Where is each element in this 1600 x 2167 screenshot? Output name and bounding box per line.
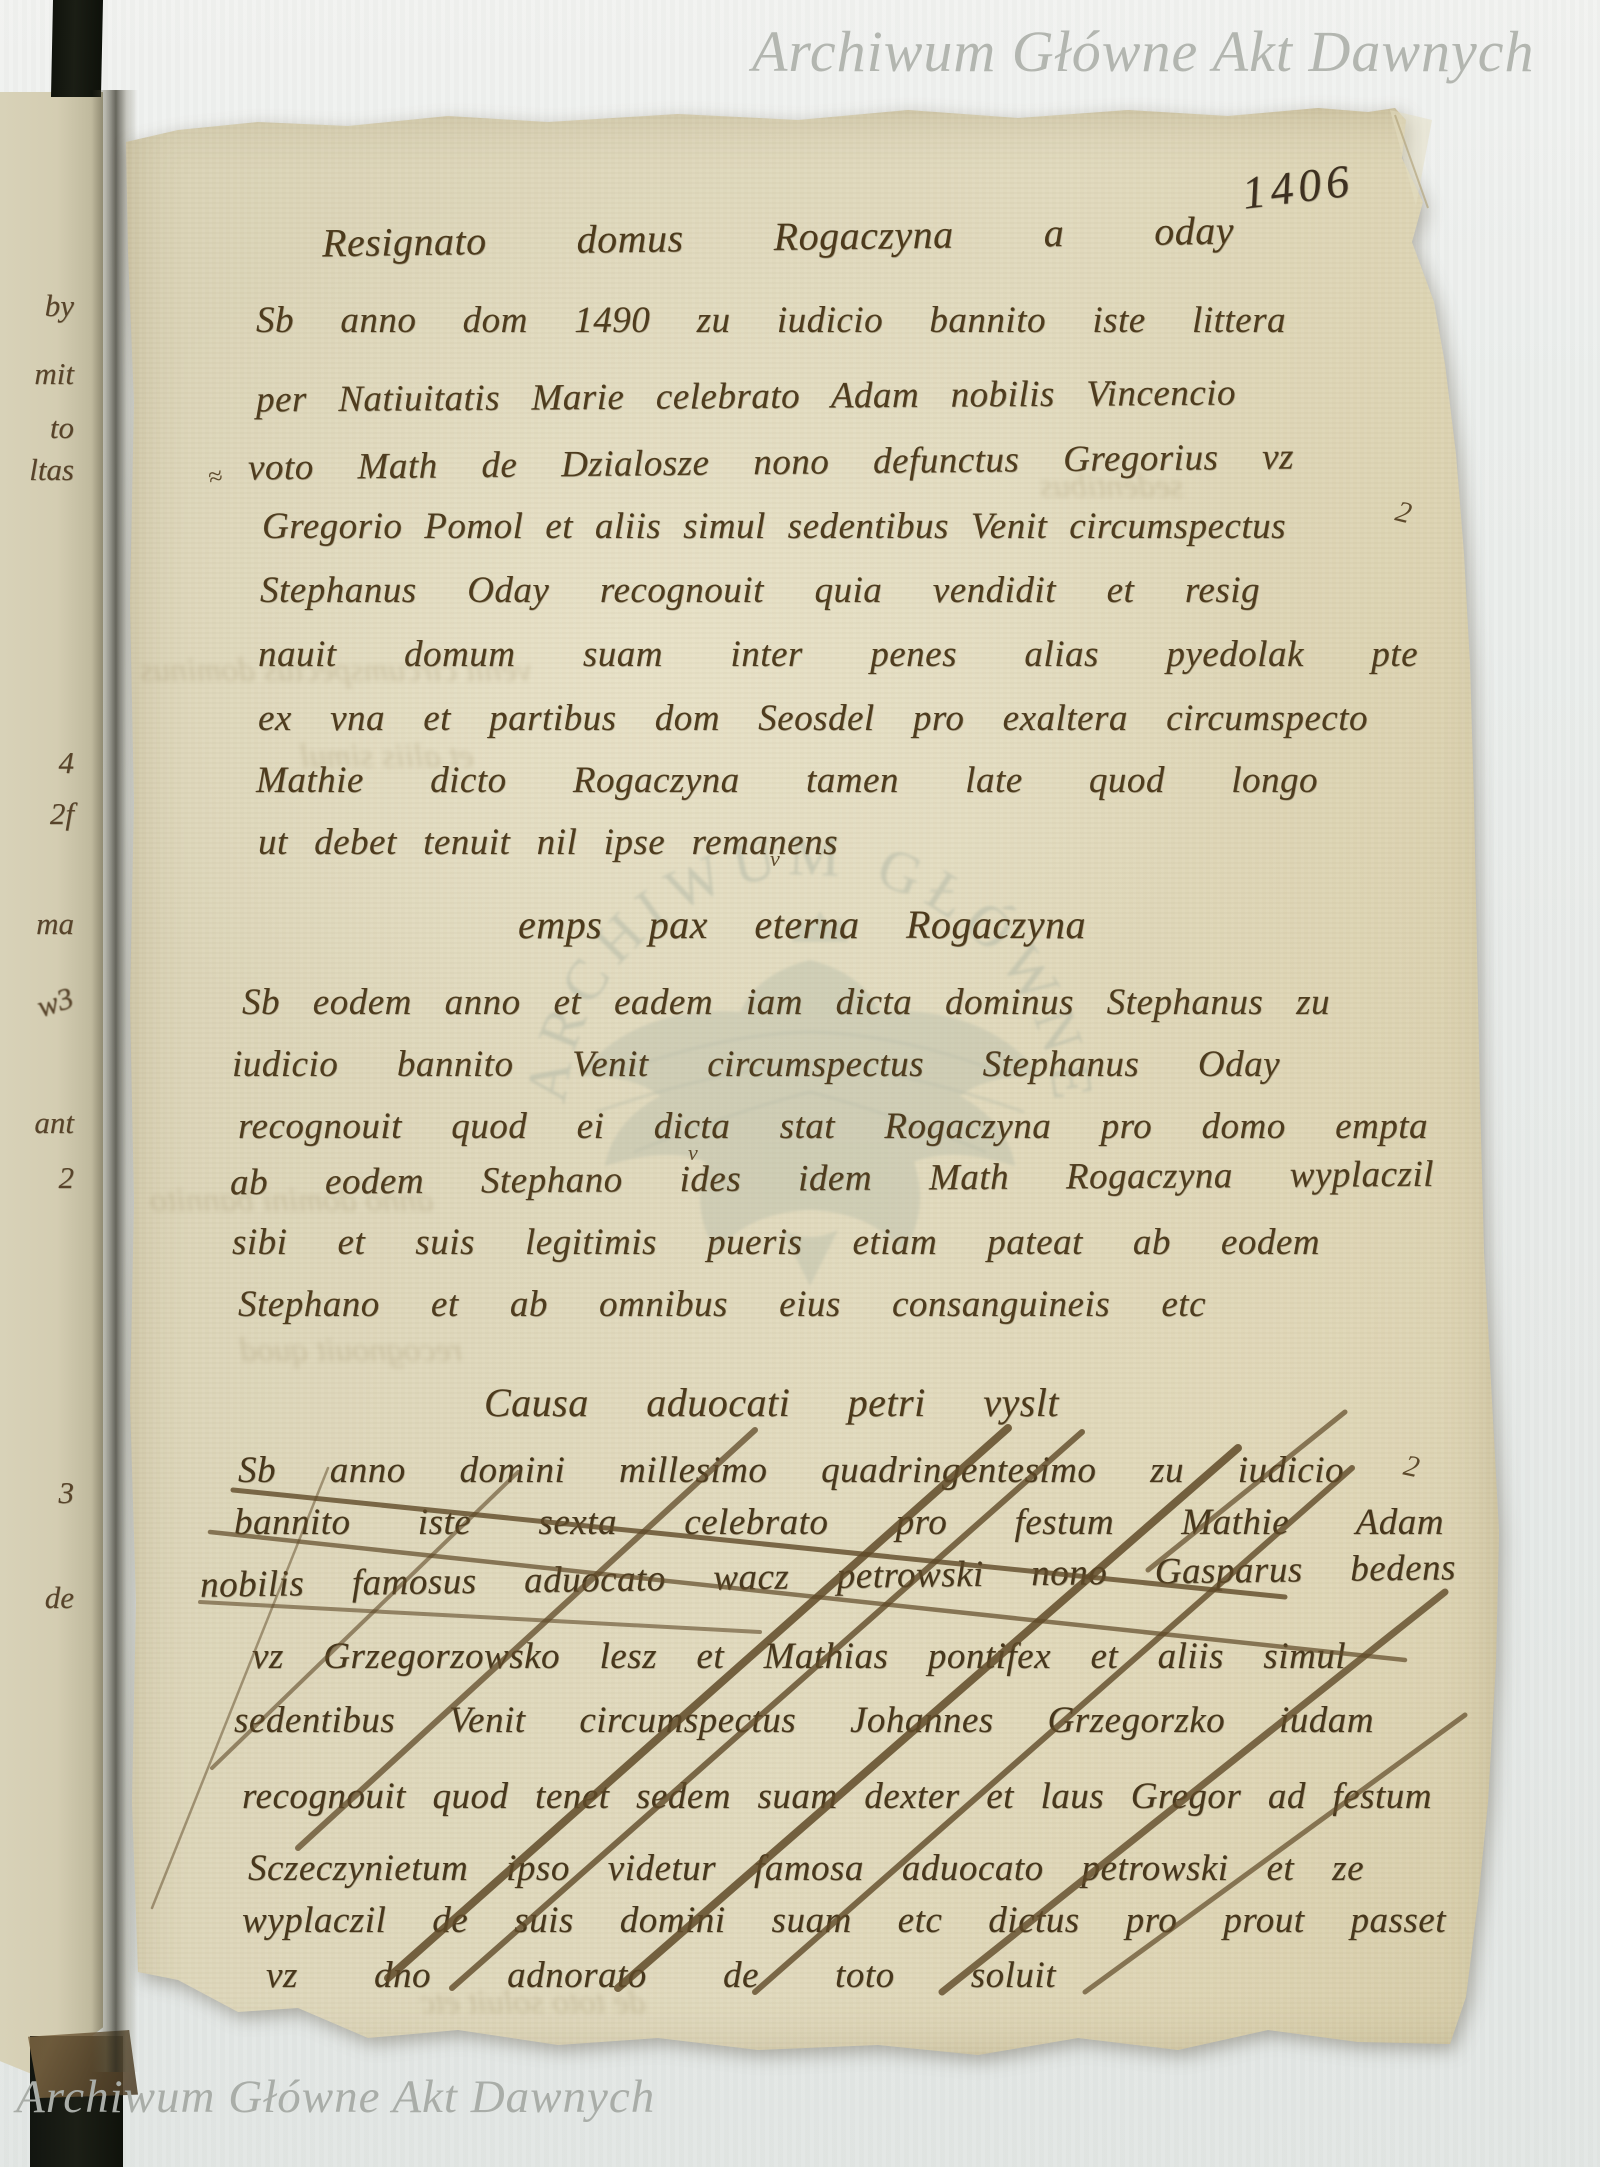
manuscript-content: ARCHIWUM GŁÓWNE venit circumspectus domi…: [0, 0, 1600, 2167]
archive-watermark-bottom: Archiwum Główne Akt Dawnych: [16, 2070, 655, 2124]
scanned-manuscript: ARCHIWUM GŁÓWNE venit circumspectus domi…: [0, 0, 1600, 2167]
dog-ear-crease: [1390, 110, 1432, 208]
cancellation-strokes: [0, 0, 1600, 2167]
archive-watermark-top: Archiwum Główne Akt Dawnych: [752, 18, 1535, 85]
